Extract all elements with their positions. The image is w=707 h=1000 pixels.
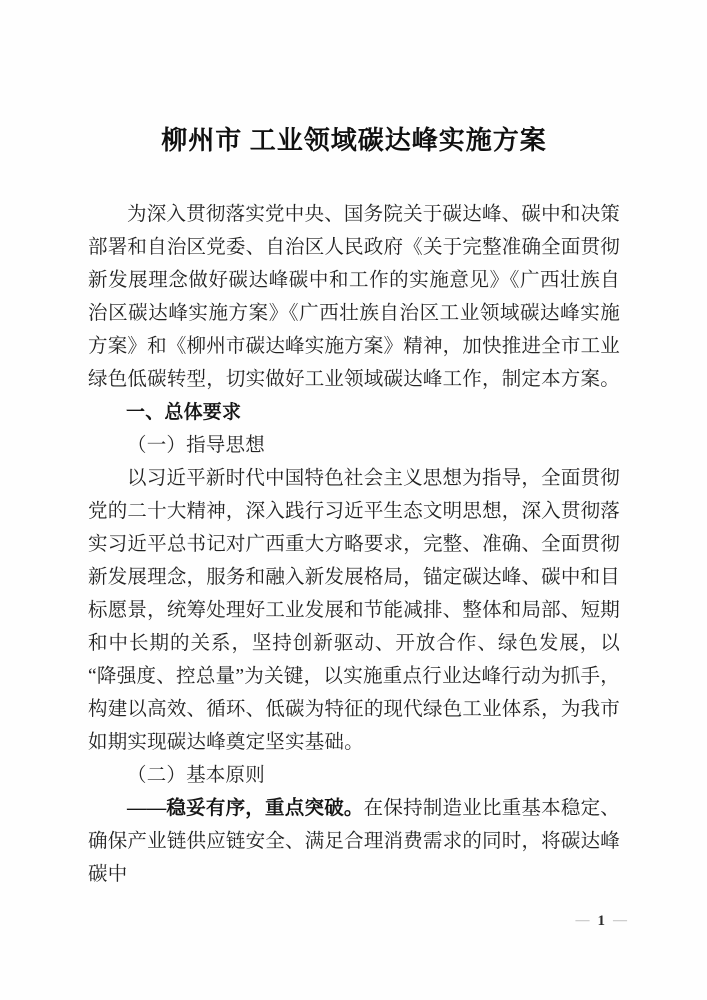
paragraph-bold-lead: ——稳妥有序，重点突破。 <box>127 798 364 819</box>
document-title: 柳州市 工业领域碳达峰实施方案 <box>88 120 620 162</box>
paragraph-preamble: 为深入贯彻落实党中央、国务院关于碳达峰、碳中和决策部署和自治区党委、自治区人民政… <box>88 198 620 396</box>
subsection-heading-guiding-ideology: （一）指导思想 <box>88 429 620 462</box>
subsection-heading-basic-principles: （二）基本原则 <box>88 759 620 792</box>
page-number: 1 <box>598 911 606 931</box>
section-heading-overall-requirements: 一、总体要求 <box>88 396 620 429</box>
footer-dash-right: — <box>613 911 627 931</box>
page-footer: — 1 — <box>576 911 628 931</box>
document-content: 柳州市 工业领域碳达峰实施方案 为深入贯彻落实党中央、国务院关于碳达峰、碳中和决… <box>88 0 620 891</box>
paragraph-guiding-ideology: 以习近平新时代中国特色社会主义思想为指导，全面贯彻党的二十大精神，深入践行习近平… <box>88 462 620 759</box>
document-page: 柳州市 工业领域碳达峰实施方案 为深入贯彻落实党中央、国务院关于碳达峰、碳中和决… <box>0 0 707 1000</box>
paragraph-basic-principles: ——稳妥有序，重点突破。在保持制造业比重基本稳定、确保产业链供应链安全、满足合理… <box>88 792 620 891</box>
footer-dash-left: — <box>576 911 590 931</box>
